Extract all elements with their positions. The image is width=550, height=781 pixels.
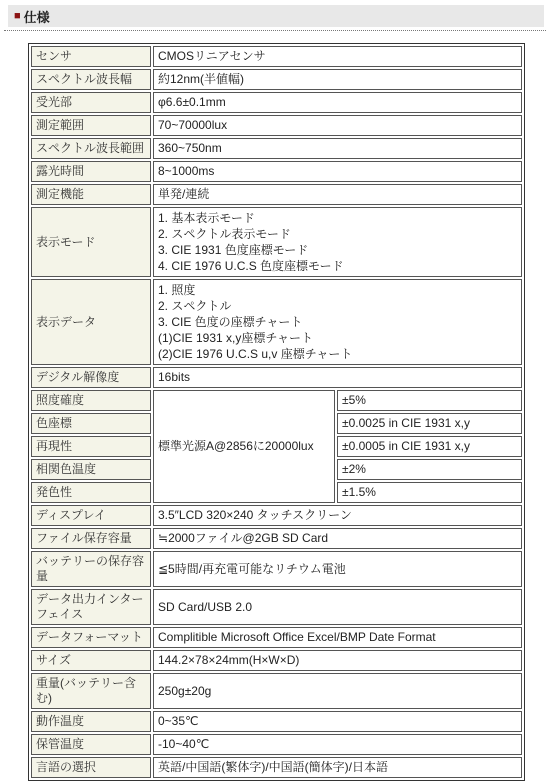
- table-row: 測定範囲 70~70000lux: [31, 115, 522, 136]
- display-mode-line: 1. 基本表示モード: [158, 210, 517, 226]
- section-header: ■ 仕様: [8, 5, 544, 27]
- spec-label: ファイル保存容量: [31, 528, 151, 549]
- spec-value: 8~1000ms: [153, 161, 522, 182]
- spec-value: -10~40℃: [153, 734, 522, 755]
- spec-value: 英語/中国語(繁体字)/中国語(簡体字)/日本語: [153, 757, 522, 778]
- spec-label: 重量(バッテリー含む): [31, 673, 151, 709]
- table-row: ディスプレイ 3.5″LCD 320×240 タッチスクリーン: [31, 505, 522, 526]
- spec-label: 再現性: [31, 436, 151, 457]
- spec-value: 16bits: [153, 367, 522, 388]
- spec-value: ≦5時間/再充電可能なリチウム電池: [153, 551, 522, 587]
- spec-label: 照度確度: [31, 390, 151, 411]
- spec-label: 測定範囲: [31, 115, 151, 136]
- spec-label: 測定機能: [31, 184, 151, 205]
- display-mode-line: 3. CIE 1931 色度座標モード: [158, 242, 517, 258]
- spec-value: ±5%: [337, 390, 522, 411]
- spec-value: ±0.0025 in CIE 1931 x,y: [337, 413, 522, 434]
- display-data-line: 1. 照度: [158, 282, 517, 298]
- table-row: 動作温度 0~35℃: [31, 711, 522, 732]
- spec-value: SD Card/USB 2.0: [153, 589, 522, 625]
- display-data-line: (2)CIE 1976 U.C.S u,v 座標チャート: [158, 346, 517, 362]
- spec-label: データフォーマット: [31, 627, 151, 648]
- spec-value: 70~70000lux: [153, 115, 522, 136]
- spec-table: センサ CMOSリニアセンサ スペクトル波長幅 約12nm(半値幅) 受光部 φ…: [28, 43, 525, 781]
- table-row-display-modes: 表示モード 1. 基本表示モード 2. スペクトル表示モード 3. CIE 19…: [31, 207, 522, 277]
- spec-label: センサ: [31, 46, 151, 67]
- table-row-display-data: 表示データ 1. 照度 2. スペクトル 3. CIE 色度の座標チャート (1…: [31, 279, 522, 365]
- spec-value: ±0.0005 in CIE 1931 x,y: [337, 436, 522, 457]
- display-data-line: (1)CIE 1931 x,y座標チャート: [158, 330, 517, 346]
- table-row: 露光時間 8~1000ms: [31, 161, 522, 182]
- spec-label: 表示データ: [31, 279, 151, 365]
- spec-value: 1. 照度 2. スペクトル 3. CIE 色度の座標チャート (1)CIE 1…: [153, 279, 522, 365]
- display-data-line: 3. CIE 色度の座標チャート: [158, 314, 517, 330]
- table-row: 重量(バッテリー含む) 250g±20g: [31, 673, 522, 709]
- table-row: デジタル解像度 16bits: [31, 367, 522, 388]
- spec-label: 受光部: [31, 92, 151, 113]
- spec-label: バッテリーの保存容量: [31, 551, 151, 587]
- spec-value: ±2%: [337, 459, 522, 480]
- spec-value: Complitible Microsoft Office Excel/BMP D…: [153, 627, 522, 648]
- table-row: スペクトル波長幅 約12nm(半値幅): [31, 69, 522, 90]
- table-row: 言語の選択 英語/中国語(繁体字)/中国語(簡体字)/日本語: [31, 757, 522, 778]
- spec-value: 3.5″LCD 320×240 タッチスクリーン: [153, 505, 522, 526]
- spec-label: ディスプレイ: [31, 505, 151, 526]
- spec-value: 1. 基本表示モード 2. スペクトル表示モード 3. CIE 1931 色度座…: [153, 207, 522, 277]
- spec-label: データ出力インターフェイス: [31, 589, 151, 625]
- table-row: ファイル保存容量 ≒2000ファイル@2GB SD Card: [31, 528, 522, 549]
- spec-value: 360~750nm: [153, 138, 522, 159]
- spec-value: 単発/連続: [153, 184, 522, 205]
- spec-label: 保管温度: [31, 734, 151, 755]
- spec-label: 動作温度: [31, 711, 151, 732]
- spec-label: 相関色温度: [31, 459, 151, 480]
- table-row: データ出力インターフェイス SD Card/USB 2.0: [31, 589, 522, 625]
- spec-label: スペクトル波長幅: [31, 69, 151, 90]
- square-bullet-icon: ■: [14, 11, 21, 22]
- spec-value: 0~35℃: [153, 711, 522, 732]
- display-mode-line: 2. スペクトル表示モード: [158, 226, 517, 242]
- spec-value: 250g±20g: [153, 673, 522, 709]
- section-title: 仕様: [24, 7, 50, 26]
- table-row: データフォーマット Complitible Microsoft Office E…: [31, 627, 522, 648]
- spec-value: ≒2000ファイル@2GB SD Card: [153, 528, 522, 549]
- spec-label: 発色性: [31, 482, 151, 503]
- table-row: スペクトル波長範囲 360~750nm: [31, 138, 522, 159]
- dotted-divider: [4, 30, 546, 31]
- spec-value: φ6.6±0.1mm: [153, 92, 522, 113]
- spec-label: 表示モード: [31, 207, 151, 277]
- spec-label: 色座標: [31, 413, 151, 434]
- spec-label: スペクトル波長範囲: [31, 138, 151, 159]
- accuracy-condition: 標準光源A@2856に20000lux: [153, 390, 335, 503]
- table-row: サイズ 144.2×78×24mm(H×W×D): [31, 650, 522, 671]
- table-row-accuracy: 照度確度 標準光源A@2856に20000lux ±5%: [31, 390, 522, 411]
- spec-label: 露光時間: [31, 161, 151, 182]
- table-row: 保管温度 -10~40℃: [31, 734, 522, 755]
- spec-label: 言語の選択: [31, 757, 151, 778]
- table-row: 受光部 φ6.6±0.1mm: [31, 92, 522, 113]
- display-mode-line: 4. CIE 1976 U.C.S 色度座標モード: [158, 258, 517, 274]
- spec-table-wrapper: センサ CMOSリニアセンサ スペクトル波長幅 約12nm(半値幅) 受光部 φ…: [28, 43, 550, 781]
- spec-value: 約12nm(半値幅): [153, 69, 522, 90]
- spec-label: サイズ: [31, 650, 151, 671]
- spec-value: ±1.5%: [337, 482, 522, 503]
- spec-value: CMOSリニアセンサ: [153, 46, 522, 67]
- spec-label: デジタル解像度: [31, 367, 151, 388]
- display-data-line: 2. スペクトル: [158, 298, 517, 314]
- table-row: 測定機能 単発/連続: [31, 184, 522, 205]
- spec-value: 144.2×78×24mm(H×W×D): [153, 650, 522, 671]
- table-row: センサ CMOSリニアセンサ: [31, 46, 522, 67]
- table-row: バッテリーの保存容量 ≦5時間/再充電可能なリチウム電池: [31, 551, 522, 587]
